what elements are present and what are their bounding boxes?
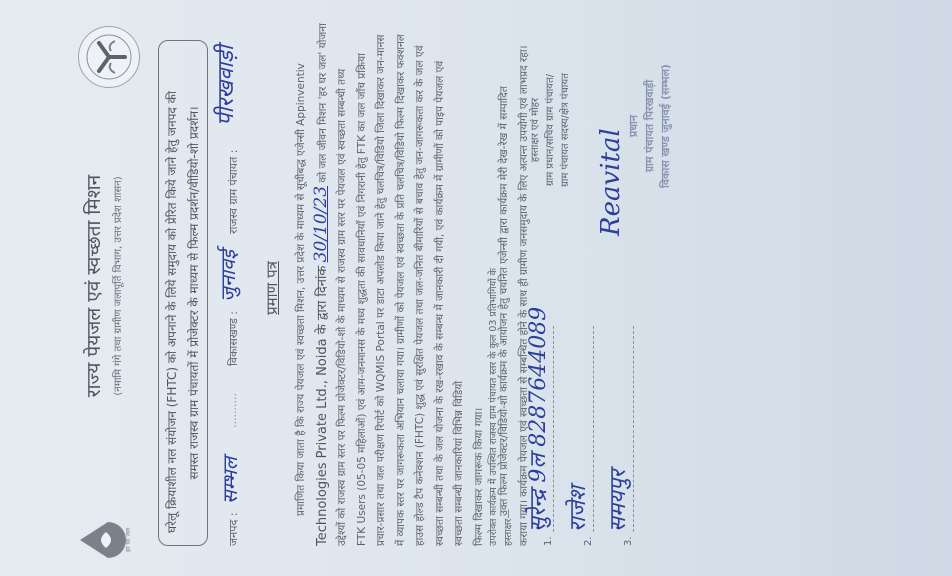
district-value: सम्भल — [216, 457, 243, 504]
body-text: को जल जीवन मिशन 'हर घर जल' योजना — [317, 23, 329, 182]
block-value: जुनावई — [214, 250, 241, 302]
signatory-line-3: ग्राम पंचायत सदस्य/क्षेत्र पंचायत — [558, 20, 573, 240]
participant-number: 3. — [623, 536, 634, 546]
participant-signature: राजेश — [562, 486, 592, 532]
document-title: राज्य पेयजल एवं स्वच्छता मिशन — [80, 116, 106, 456]
signatory-line-2: ग्राम प्रधान/सचिव ग्राम पंचायत/ — [543, 20, 558, 240]
agency-name: Technologies Private Ltd., Noida के द्वा… — [315, 266, 330, 546]
participant-row: 1. सुरेन्द्र 9ल 8287644089 — [520, 246, 560, 546]
participant-signature: सुरेन्द्र 9ल 8287644089 — [522, 307, 552, 532]
signatory-line-1: हस्ताक्षर एवं मोहर — [528, 20, 543, 240]
body-line: प्रचार-प्रसार तथा जल परीक्षण रिपोर्ट को … — [372, 16, 392, 546]
signature-line — [553, 326, 554, 532]
participant-row: 3. समयपुर — [600, 246, 640, 546]
district-label: जनपद : — [226, 512, 241, 546]
body-line: उद्देश्यों को राजस्व ग्राम स्तर पर फिल्म… — [333, 16, 353, 546]
stamp-line-1: प्रधान — [626, 26, 642, 226]
participants-intro-line-2: हस्ताक्षर— — [501, 16, 516, 546]
participant-number: 1. — [543, 536, 554, 546]
certificate-page: हर घर जल राज्य पेयजल एवं स्वच्छता मिशन (… — [0, 0, 952, 576]
signatory-block: हस्ताक्षर एवं मोहर ग्राम प्रधान/सचिव ग्र… — [528, 20, 573, 240]
body-line: हाउस होल्ड टैप कनेक्शन (FHTC) शुद्ध एवं … — [411, 16, 431, 546]
pradhan-signature: Reavital — [596, 128, 626, 236]
participants-intro: उपरोक्त कार्यक्रम में उपस्थित राजस्व ग्र… — [486, 16, 516, 546]
body-line: स्वच्छता सम्बन्धी जानकारियां विभिन्न विड… — [450, 16, 470, 546]
body-line: FTK Users (05-05 महिलाओं) एवं आम-जनमानस … — [353, 16, 373, 546]
district-dotted-line: .......... — [226, 393, 239, 428]
stamp-line-3: विकास खण्ड जुनावई (सम्भल) — [658, 26, 674, 226]
certificate-heading: प्रमाण पत्र — [262, 0, 282, 576]
stamp-line-2: ग्राम पंचायत पिरखवाड़ी — [642, 26, 658, 226]
svg-text:हर घर जल: हर घर जल — [125, 527, 132, 552]
official-stamp: प्रधान ग्राम पंचायत पिरखवाड़ी विकास खण्ड… — [626, 26, 674, 226]
signature-line — [593, 326, 594, 532]
panchayat-label: राजस्व ग्राम पंचायत : — [226, 150, 241, 234]
state-emblem-icon — [78, 26, 140, 88]
participant-signature: समयपुर — [602, 470, 632, 532]
participants-intro-line-1: उपरोक्त कार्यक्रम में उपस्थित राजस्व ग्र… — [486, 16, 501, 546]
date-value: 30/10/23 — [311, 186, 331, 262]
block-label: विकासखण्ड : — [226, 311, 241, 366]
panchayat-value: पीरखवाड़ी — [210, 45, 240, 126]
har-ghar-jal-logo-icon: हर घर जल — [78, 518, 134, 562]
body-line-with-date: Technologies Private Ltd., Noida के द्वा… — [312, 16, 334, 546]
body-line: प्रमाणित किया जाता है कि राज्य पेयजल एवं… — [292, 16, 312, 546]
body-line: में व्यापक स्तर पर जागरूकता अभियान चलाया… — [392, 16, 412, 546]
signature-line — [633, 326, 634, 532]
program-description-line-2: समस्त राजस्व ग्राम पंचायतों में प्रोजेक्… — [183, 53, 205, 533]
document-subtitle: (नमामि गंगे तथा ग्रामीण जलापूर्ति विभाग,… — [110, 116, 124, 456]
participant-signatures: 1. सुरेन्द्र 9ल 8287644089 2. राजेश 3. स… — [520, 246, 640, 546]
program-description-box: घरेलू क्रियाशील नल संयोजन (FHTC) को अपना… — [158, 40, 208, 546]
program-description-line-1: घरेलू क्रियाशील नल संयोजन (FHTC) को अपना… — [161, 53, 183, 533]
participant-row: 2. राजेश — [560, 246, 600, 546]
participant-number: 2. — [583, 536, 594, 546]
body-line: स्वच्छता सम्बन्धी तथा के जल योजना के रख-… — [431, 16, 451, 546]
